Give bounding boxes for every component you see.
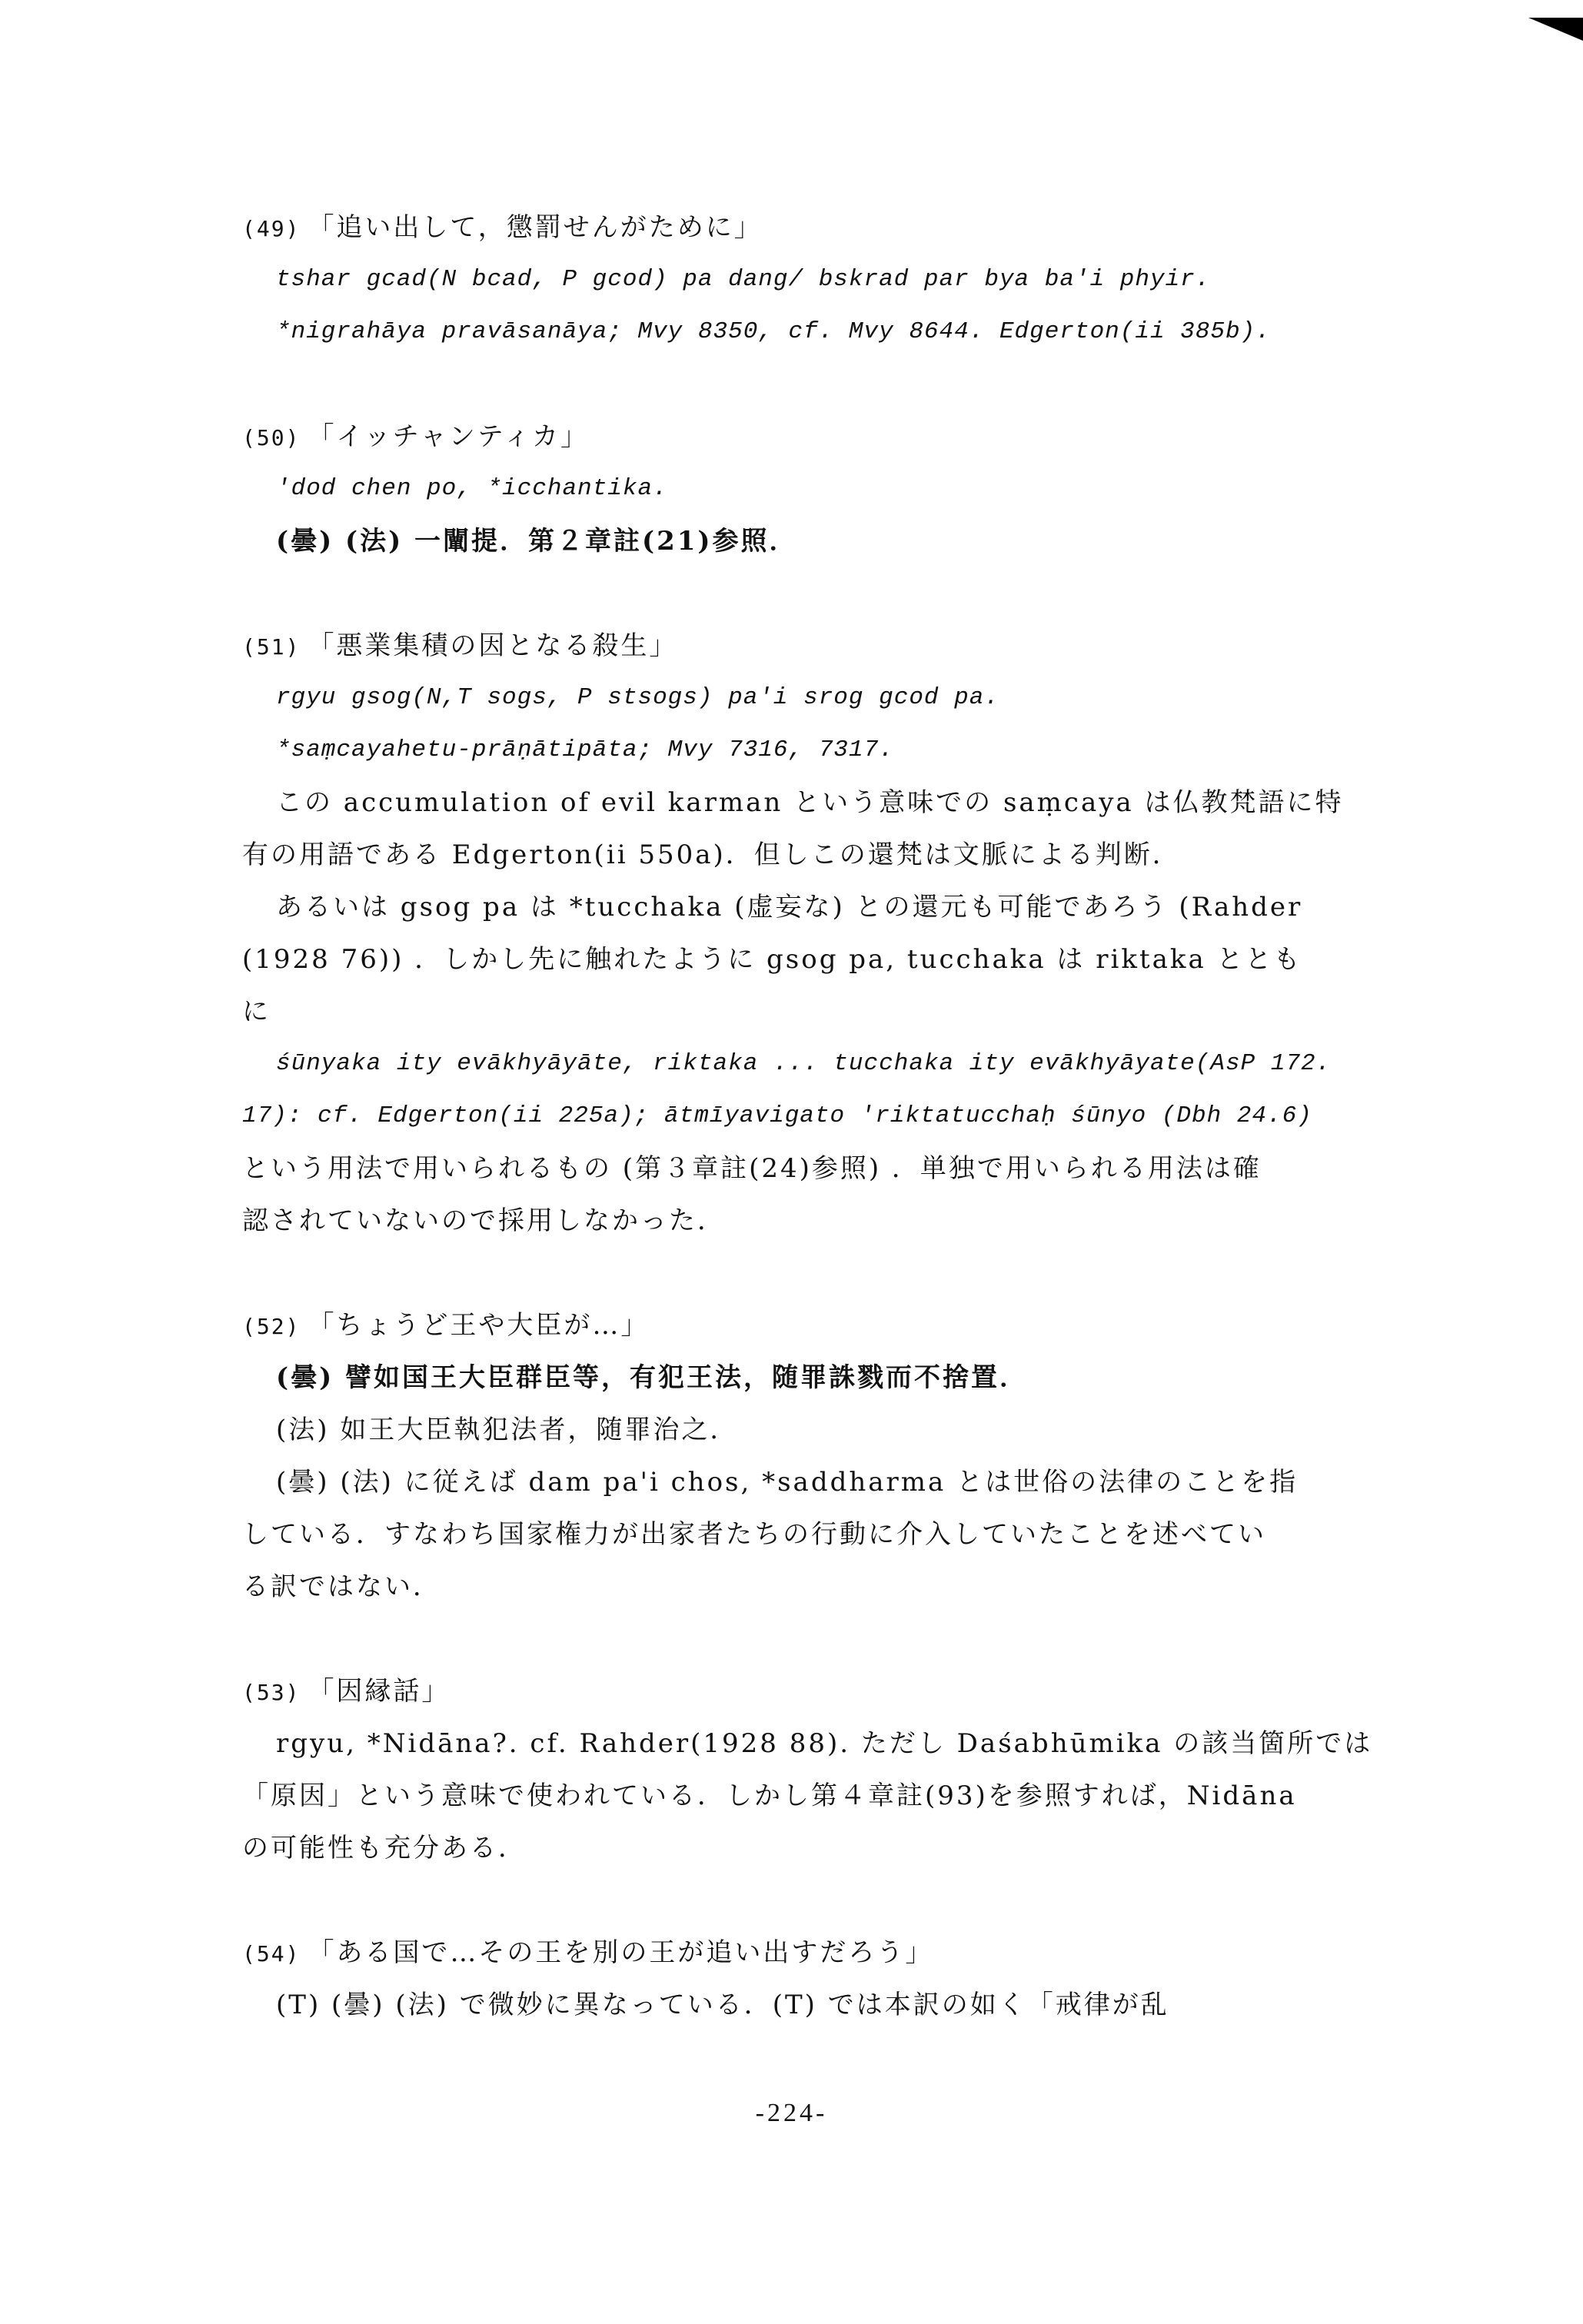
note-heading: (52)「ちょうど王や大臣が…」 [242, 1299, 1442, 1352]
note-54: (54)「ある国で…その王を別の王が追い出すだろう」 (T) (曇) (法) で… [242, 1927, 1442, 2031]
note-title: 「ある国で…その王を別の王が追い出すだろう」 [308, 1937, 933, 1968]
note-49: (49)「追い出して，懲罰せんがために」 tshar gcad(N bcad, … [242, 201, 1442, 358]
note-number: (52) [242, 1314, 300, 1339]
commentary-line: の可能性も充分ある． [242, 1822, 1442, 1874]
chinese-parallel-line: (法) 如王大臣執犯法者，随罪治之． [242, 1404, 1442, 1456]
commentary-line: に [242, 986, 1442, 1038]
note-52: (52)「ちょうど王や大臣が…」 (曇) 譬如国王大臣群臣等，有犯王法，随罪誅戮… [242, 1299, 1442, 1613]
commentary-line: (曇) (法) に従えば dam pa'i chos, *saddharma と… [242, 1456, 1442, 1508]
note-number: (49) [242, 216, 300, 241]
sanskrit-line: *saṃcayahetu-prāṇātipāta; Mvy 7316, 7317… [242, 724, 1442, 776]
tibetan-line: 'dod chen po, *icchantika. [242, 463, 1442, 515]
commentary-line: 有の用語である Edgerton(ii 550a)．但しこの還梵は文脈による判断… [242, 829, 1442, 881]
note-50: (50)「イッチャンティカ」 'dod chen po, *icchantika… [242, 411, 1442, 567]
tibetan-line: tshar gcad(N bcad, P gcod) pa dang/ bskr… [242, 254, 1442, 306]
note-number: (53) [242, 1680, 300, 1705]
commentary-line: る訳ではない． [242, 1561, 1442, 1613]
note-heading: (54)「ある国で…その王を別の王が追い出すだろう」 [242, 1927, 1442, 1979]
chinese-parallel-line: (曇) 譬如国王大臣群臣等，有犯王法，随罪誅戮而不捨置． [242, 1352, 1442, 1404]
note-heading: (53)「因縁話」 [242, 1665, 1442, 1717]
note-heading: (49)「追い出して，懲罰せんがために」 [242, 201, 1442, 254]
note-title: 「因縁話」 [308, 1676, 450, 1707]
commentary-line: という用法で用いられるもの (第３章註(24)参照) ．単独で用いられる用法は確 [242, 1142, 1442, 1195]
note-number: (51) [242, 634, 300, 660]
note-number: (50) [242, 425, 300, 451]
commentary-line: あるいは gsog pa は *tucchaka (虚妄な) との還元も可能であ… [242, 881, 1442, 933]
note-heading: (51)「悪業集積の因となる殺生」 [242, 620, 1442, 672]
note-title: 「悪業集積の因となる殺生」 [308, 630, 677, 661]
commentary-line: 認されていないので採用しなかった． [242, 1195, 1442, 1247]
note-51: (51)「悪業集積の因となる殺生」 rgyu gsog(N,T sogs, P … [242, 620, 1442, 1247]
commentary-line: この accumulation of evil karman という意味での s… [242, 776, 1442, 829]
note-title: 「ちょうど王や大臣が…」 [308, 1310, 649, 1341]
chinese-parallel-line: (曇) (法) 一闡提．第２章註(21)参照． [242, 515, 1442, 567]
document-page: (49)「追い出して，懲罰せんがために」 tshar gcad(N bcad, … [242, 201, 1442, 2083]
note-number: (54) [242, 1941, 300, 1967]
commentary-line: 「原因」という意味で使われている．しかし第４章註(93)を参照すれば，Nidān… [242, 1770, 1442, 1822]
sanskrit-line: *nigrahāya pravāsanāya; Mvy 8350, cf. Mv… [242, 306, 1442, 358]
note-title: 「追い出して，懲罰せんがために」 [308, 212, 762, 243]
commentary-line: している．すなわち国家権力が出家者たちの行動に介入していたことを述べてい [242, 1508, 1442, 1561]
commentary-line: rgyu, *Nidāna?. cf. Rahder(1928 88). ただし… [242, 1717, 1442, 1770]
note-heading: (50)「イッチャンティカ」 [242, 411, 1442, 463]
citation-line: 17): cf. Edgerton(ii 225a); ātmīyavigato… [242, 1090, 1442, 1142]
commentary-line: (T) (曇) (法) で微妙に異なっている．(T) では本訳の如く「戒律が乱 [242, 1979, 1442, 2031]
citation-line: śūnyaka ity evākhyāyāte, riktaka ... tuc… [242, 1038, 1442, 1090]
page-number: -224- [0, 2099, 1583, 2128]
commentary-line: (1928 76)) ．しかし先に触れたように gsog pa, tucchak… [242, 933, 1442, 986]
note-title: 「イッチャンティカ」 [308, 421, 589, 452]
page-corner-mark [1528, 18, 1583, 41]
tibetan-line: rgyu gsog(N,T sogs, P stsogs) pa'i srog … [242, 672, 1442, 724]
note-53: (53)「因縁話」 rgyu, *Nidāna?. cf. Rahder(192… [242, 1665, 1442, 1874]
